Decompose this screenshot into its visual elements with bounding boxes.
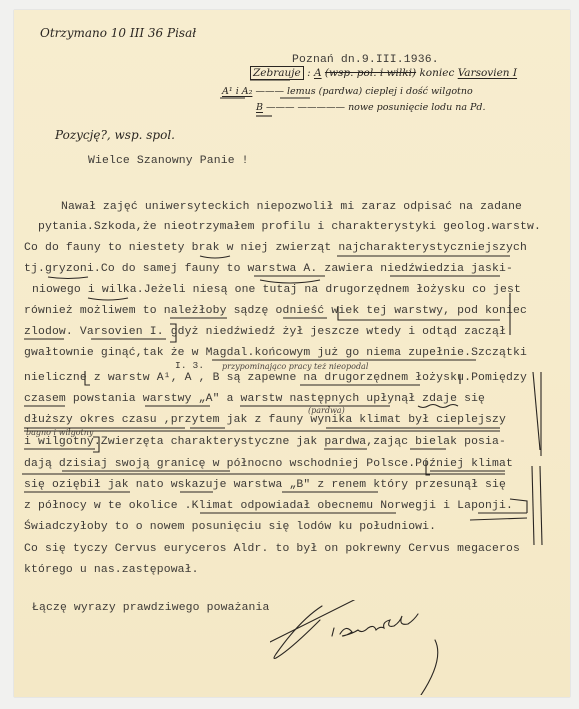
- signature: [270, 600, 500, 695]
- closing: Łączę wyrazy prawdziwego poważania: [32, 602, 270, 614]
